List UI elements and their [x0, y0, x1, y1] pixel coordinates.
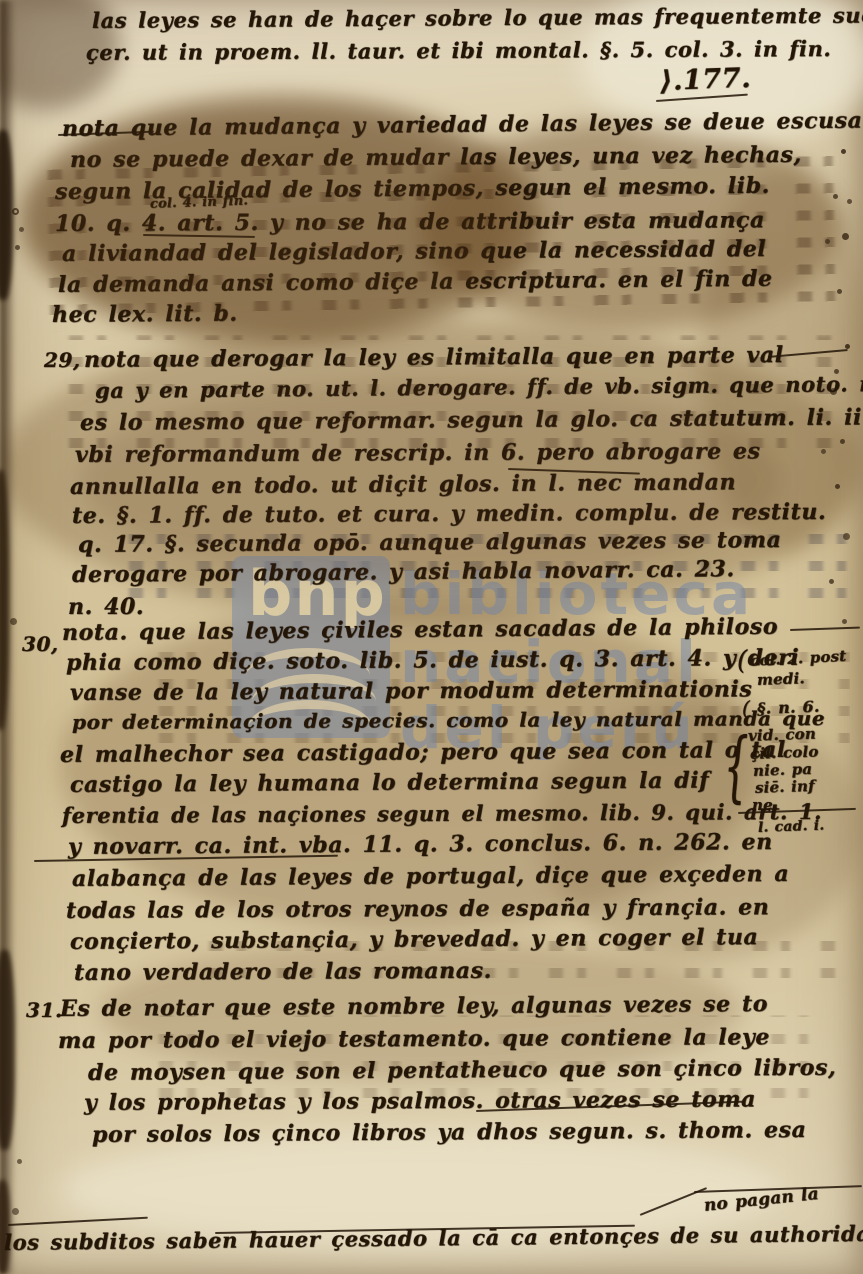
- section-30-line: alabança de las leyes de portugal, diçe …: [72, 861, 789, 892]
- section-29-line: n. 40.: [68, 594, 144, 620]
- section-29-line: derogare por abrogare. y asi habla novar…: [72, 556, 735, 588]
- section-30-line: conçierto, substançia, y brevedad. y en …: [70, 924, 759, 955]
- header-line: çer. ut in proem. ll. taur. et ibi monta…: [86, 36, 831, 65]
- footer-catchword-line: los subditos saben hauer çessado la cā c…: [4, 1220, 863, 1255]
- section-31-line: de moysen que son el pentatheuco que son…: [88, 1055, 836, 1086]
- handwritten-text-layer: las leyes se han de haçer sobre lo que m…: [0, 0, 863, 1274]
- section-31-line: y los prophetas y los psalmos. otras vez…: [84, 1086, 756, 1116]
- margin-brace: {: [724, 722, 749, 812]
- section-number: 29,: [44, 348, 81, 372]
- intro-line: no se puede dexar de mudar las leyes, un…: [70, 142, 802, 173]
- section-30-line: por determinaçion de species. como la le…: [72, 706, 825, 734]
- section-31-line: Es de notar que este nombre ley, algunas…: [60, 991, 768, 1022]
- margin-note: medi.: [757, 669, 805, 689]
- section-30-line: nota. que las leyes çiviles estan sacada…: [62, 614, 778, 646]
- intro-line: la demanda ansi como diçe la escriptura.…: [58, 266, 773, 298]
- margin-note: col. 2. post: [750, 647, 847, 670]
- margin-note: siē. inf: [755, 777, 815, 797]
- intro-line: nota que la mudança y variedad de las le…: [62, 107, 863, 142]
- section-30-line: vanse de la ley natural por modum determ…: [70, 676, 753, 706]
- section-31-line: ma por todo el viejo testamento. que con…: [58, 1024, 770, 1054]
- intro-line: hec lex. lit. b.: [52, 301, 238, 328]
- section-30-line: tano verdadero de las romanas.: [74, 958, 492, 986]
- margin-note: vid. con: [748, 725, 817, 745]
- section-number: 30,: [22, 632, 59, 656]
- margin-note: §. n. 6.: [757, 697, 820, 718]
- section-29-line: te. §. 1. ff. de tuto. et cura. y medin.…: [72, 499, 826, 529]
- section-29-line: vbi reformandum de rescrip. in 6. pero a…: [75, 438, 761, 468]
- intro-line: a liviandad del legislador, sino que la …: [62, 236, 766, 267]
- intro-line: 10. q. 4. art. 5. y no se ha de attribui…: [55, 207, 765, 237]
- section-31-line: por solos los çinco libros ya dhos segun…: [92, 1117, 807, 1148]
- section-30-line: phia como diçe. soto. lib. 5. de iust. q…: [66, 645, 800, 676]
- margin-brace: (: [737, 646, 748, 676]
- section-29-line: q. 17. §. secunda opō. aunque algunas ve…: [78, 527, 782, 558]
- margin-brace: (: [742, 696, 750, 720]
- section-30-line: ferentia de las naçiones segun el mesmo.…: [62, 799, 822, 828]
- header-line: las leyes se han de haçer sobre lo que m…: [92, 2, 863, 33]
- section-30-line: el malhechor sea castigado; pero que sea…: [60, 737, 786, 768]
- section-30-line: y novarr. ca. int. vba. 11. q. 3. conclu…: [68, 829, 773, 860]
- ink-stroke: [640, 1187, 708, 1216]
- folio-number: ⟩.177.: [659, 63, 751, 97]
- manuscript-page: bnp biblioteca nacional del perú las ley…: [0, 0, 863, 1274]
- section-30-line: todas las de los otros reynos de españa …: [66, 894, 769, 924]
- section-29-line: es lo mesmo que reformar. segun la glo. …: [80, 404, 863, 436]
- ink-stroke: [790, 627, 860, 631]
- section-29-line: ga y en parte no. ut. l. derogare. ff. d…: [95, 371, 863, 403]
- section-30-line: castigo la ley humana lo determina segun…: [70, 768, 709, 798]
- section-number: 31.: [26, 998, 63, 1022]
- ink-stroke: [8, 1217, 148, 1226]
- margin-note: l. cad. i.: [758, 818, 825, 836]
- section-29-line: nota que derogar la ley es limitalla que…: [84, 342, 784, 373]
